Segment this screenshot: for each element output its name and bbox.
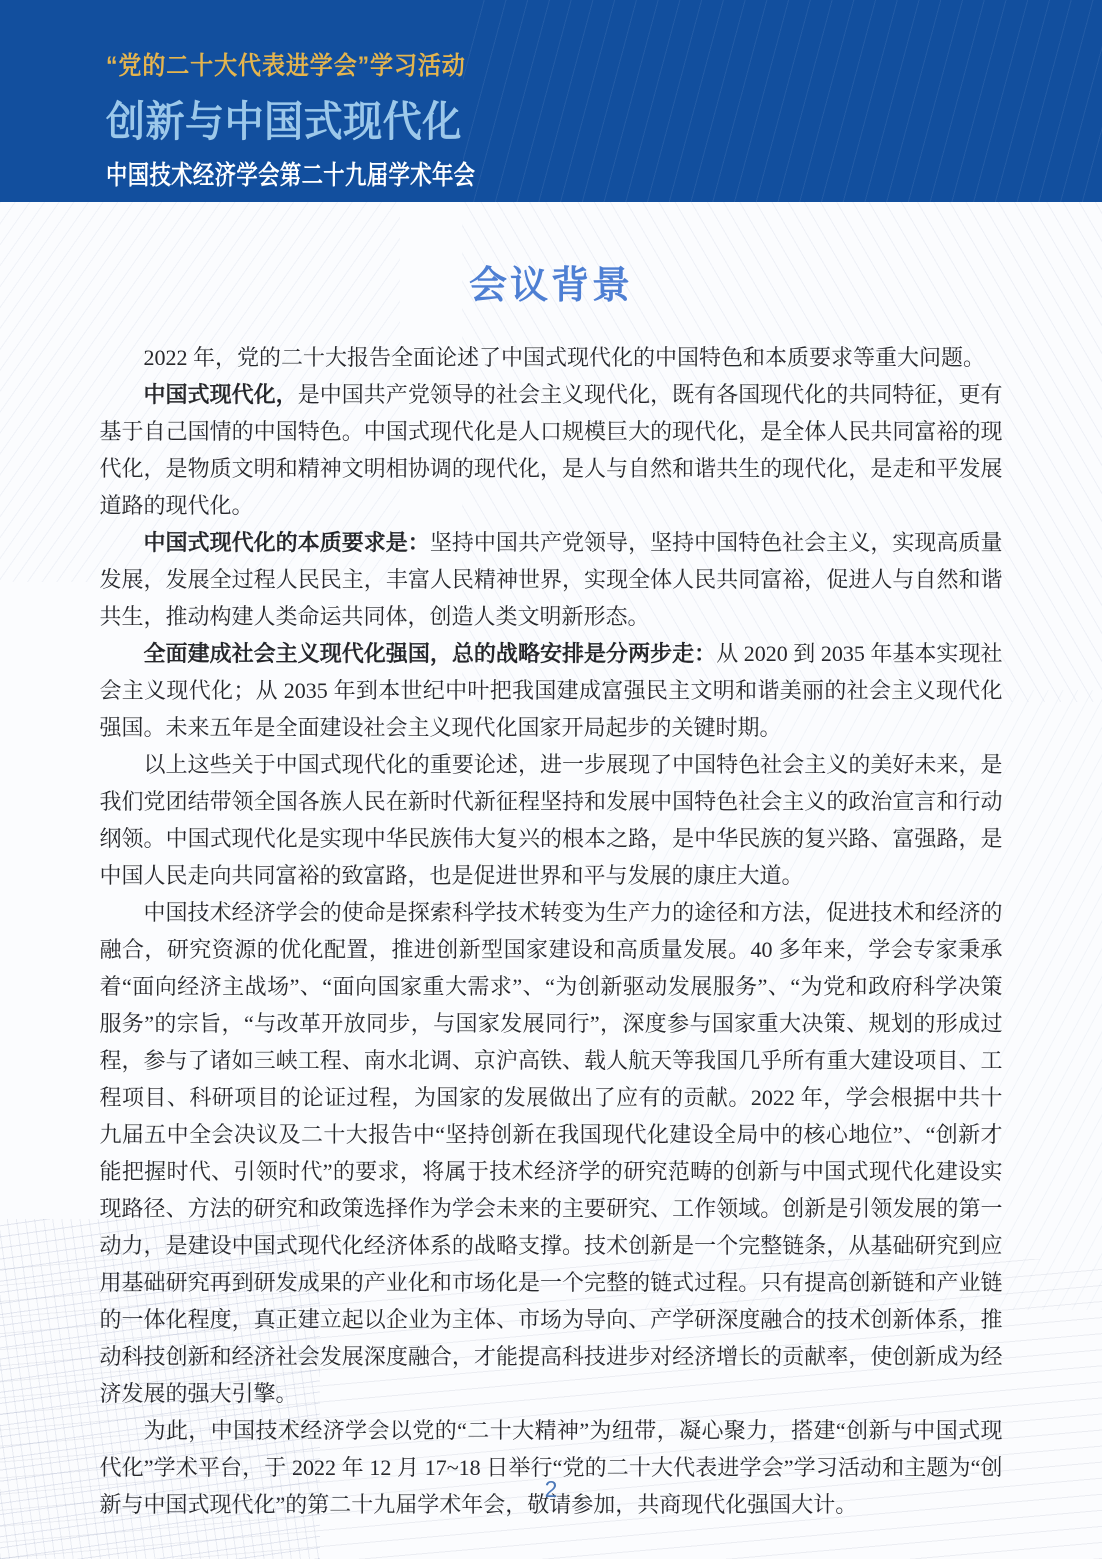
- document-page: “党的二十大代表进学会”学习活动 创新与中国式现代化 中国技术经济学会第二十九届…: [0, 0, 1102, 1559]
- body-paragraph: 中国式现代化，是中国共产党领导的社会主义现代化，既有各国现代化的共同特征，更有基…: [100, 376, 1003, 524]
- header-banner: “党的二十大代表进学会”学习活动 创新与中国式现代化 中国技术经济学会第二十九届…: [0, 0, 1102, 202]
- banner-diagonal-lines: [463, 0, 1102, 202]
- page-footer: 2: [0, 1476, 1102, 1503]
- page-number: 2: [545, 1476, 558, 1503]
- event-title: 创新与中国式现代化: [106, 89, 525, 149]
- body-paragraph: 全面建成社会主义现代化强国，总的战略安排是分两步走：从 2020 到 2035 …: [100, 635, 1003, 746]
- section-title: 会议背景: [0, 254, 1102, 309]
- page-body: 会议背景 2022 年，党的二十大报告全面论述了中国式现代化的中国特色和本质要求…: [0, 0, 1102, 1523]
- paragraph-lead: 全面建成社会主义现代化强国，总的战略安排是分两步走：: [144, 641, 717, 666]
- body-content: 2022 年，党的二十大报告全面论述了中国式现代化的中国特色和本质要求等重大问题…: [100, 339, 1003, 1523]
- body-paragraph: 为此，中国技术经济学会以党的“二十大精神”为纽带，凝心聚力，搭建“创新与中国式现…: [100, 1412, 1003, 1523]
- body-paragraph: 2022 年，党的二十大报告全面论述了中国式现代化的中国特色和本质要求等重大问题…: [100, 339, 1003, 376]
- banner-text-block: “党的二十大代表进学会”学习活动 创新与中国式现代化 中国技术经济学会第二十九届…: [106, 46, 557, 192]
- paragraph-lead: 中国式现代化的本质要求是：: [144, 530, 430, 555]
- body-paragraph: 中国式现代化的本质要求是：坚持中国共产党领导，坚持中国特色社会主义，实现高质量发…: [100, 524, 1003, 635]
- paragraph-lead: 中国式现代化，: [144, 382, 298, 407]
- body-paragraph: 以上这些关于中国式现代化的重要论述，进一步展现了中国特色社会主义的美好未来，是我…: [100, 746, 1003, 894]
- body-paragraph: 中国技术经济学会的使命是探索科学技术转变为生产力的途径和方法，促进技术和经济的融…: [100, 894, 1003, 1412]
- event-subtitle: 中国技术经济学会第二十九届学术年会: [106, 155, 475, 192]
- activity-line: “党的二十大代表进学会”学习活动: [106, 46, 520, 82]
